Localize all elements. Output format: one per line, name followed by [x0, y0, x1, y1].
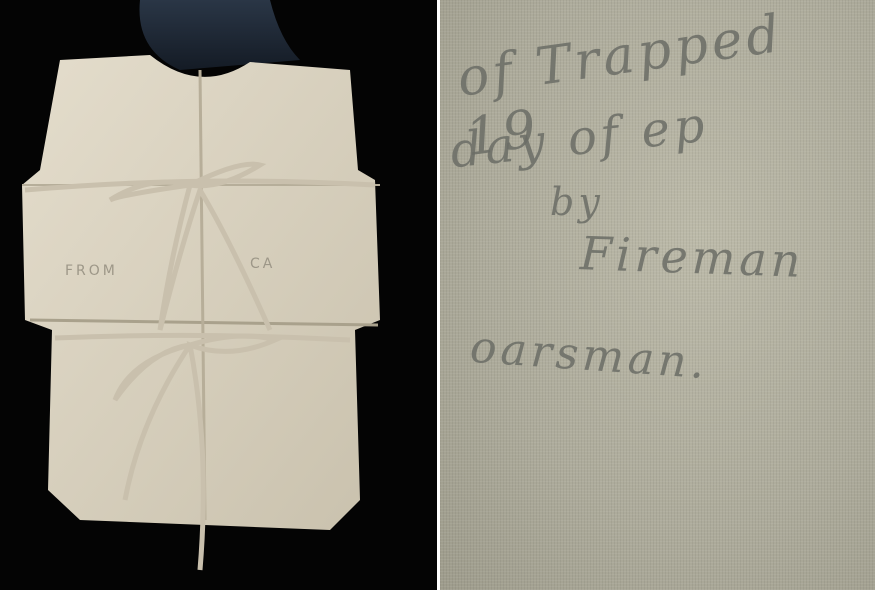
- handwriting-line-3: by: [550, 180, 604, 224]
- svg-text:CA: CA: [250, 256, 275, 272]
- handwriting-line-4: Fireman: [579, 226, 805, 288]
- handwriting-line-5: oarsman.: [469, 322, 711, 390]
- svg-text:FROM: FROM: [65, 263, 118, 279]
- life-vest-photo: FROM CA: [0, 0, 437, 590]
- handwriting-closeup-photo: of Trapped 19 day of ep by Fireman oarsm…: [440, 0, 875, 590]
- life-vest-illustration: FROM CA: [0, 0, 437, 590]
